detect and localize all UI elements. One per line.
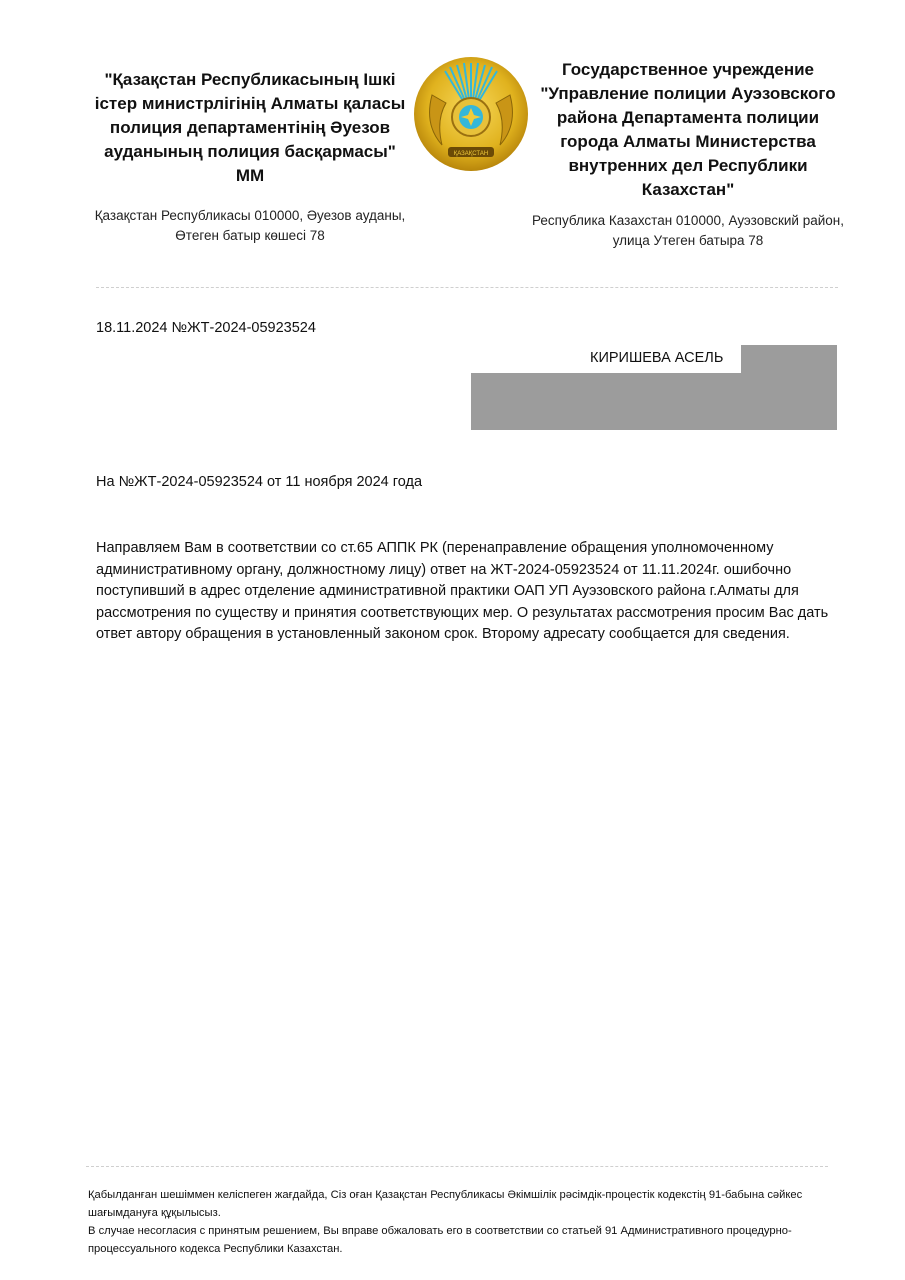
letter-body: Направляем Вам в соответствии со ст.65 А… <box>96 538 841 646</box>
document-date-number: 18.11.2024 №ЖТ-2024-05923524 <box>96 318 316 340</box>
issuer-address-kz: Қазақстан Республикасы 010000, Әуезов ау… <box>92 206 408 246</box>
appeal-notice-kz: Қабылданған шешіммен келіспеген жағдайда… <box>88 1186 818 1222</box>
issuer-address-ru: Республика Казахстан 010000, Ауэзовский … <box>532 211 844 251</box>
reply-reference: На №ЖТ-2024-05923524 от 11 ноября 2024 г… <box>96 472 422 494</box>
redaction-block <box>741 345 837 375</box>
svg-text:ҚАЗАҚСТАН: ҚАЗАҚСТАН <box>454 151 489 157</box>
footer-divider <box>86 1166 828 1167</box>
header-divider <box>96 287 838 288</box>
redaction-block <box>471 373 837 430</box>
recipient-name: КИРИШЕВА АСЕЛЬ <box>590 350 723 366</box>
appeal-notice-ru: В случае несогласия с принятым решением,… <box>88 1222 818 1258</box>
state-emblem-icon: ҚАЗАҚСТАН <box>412 55 530 173</box>
issuer-name-kz: "Қазақстан Республикасының Ішкі істер ми… <box>92 68 408 188</box>
issuer-name-ru: Государственное учреждение "Управление п… <box>532 58 844 202</box>
